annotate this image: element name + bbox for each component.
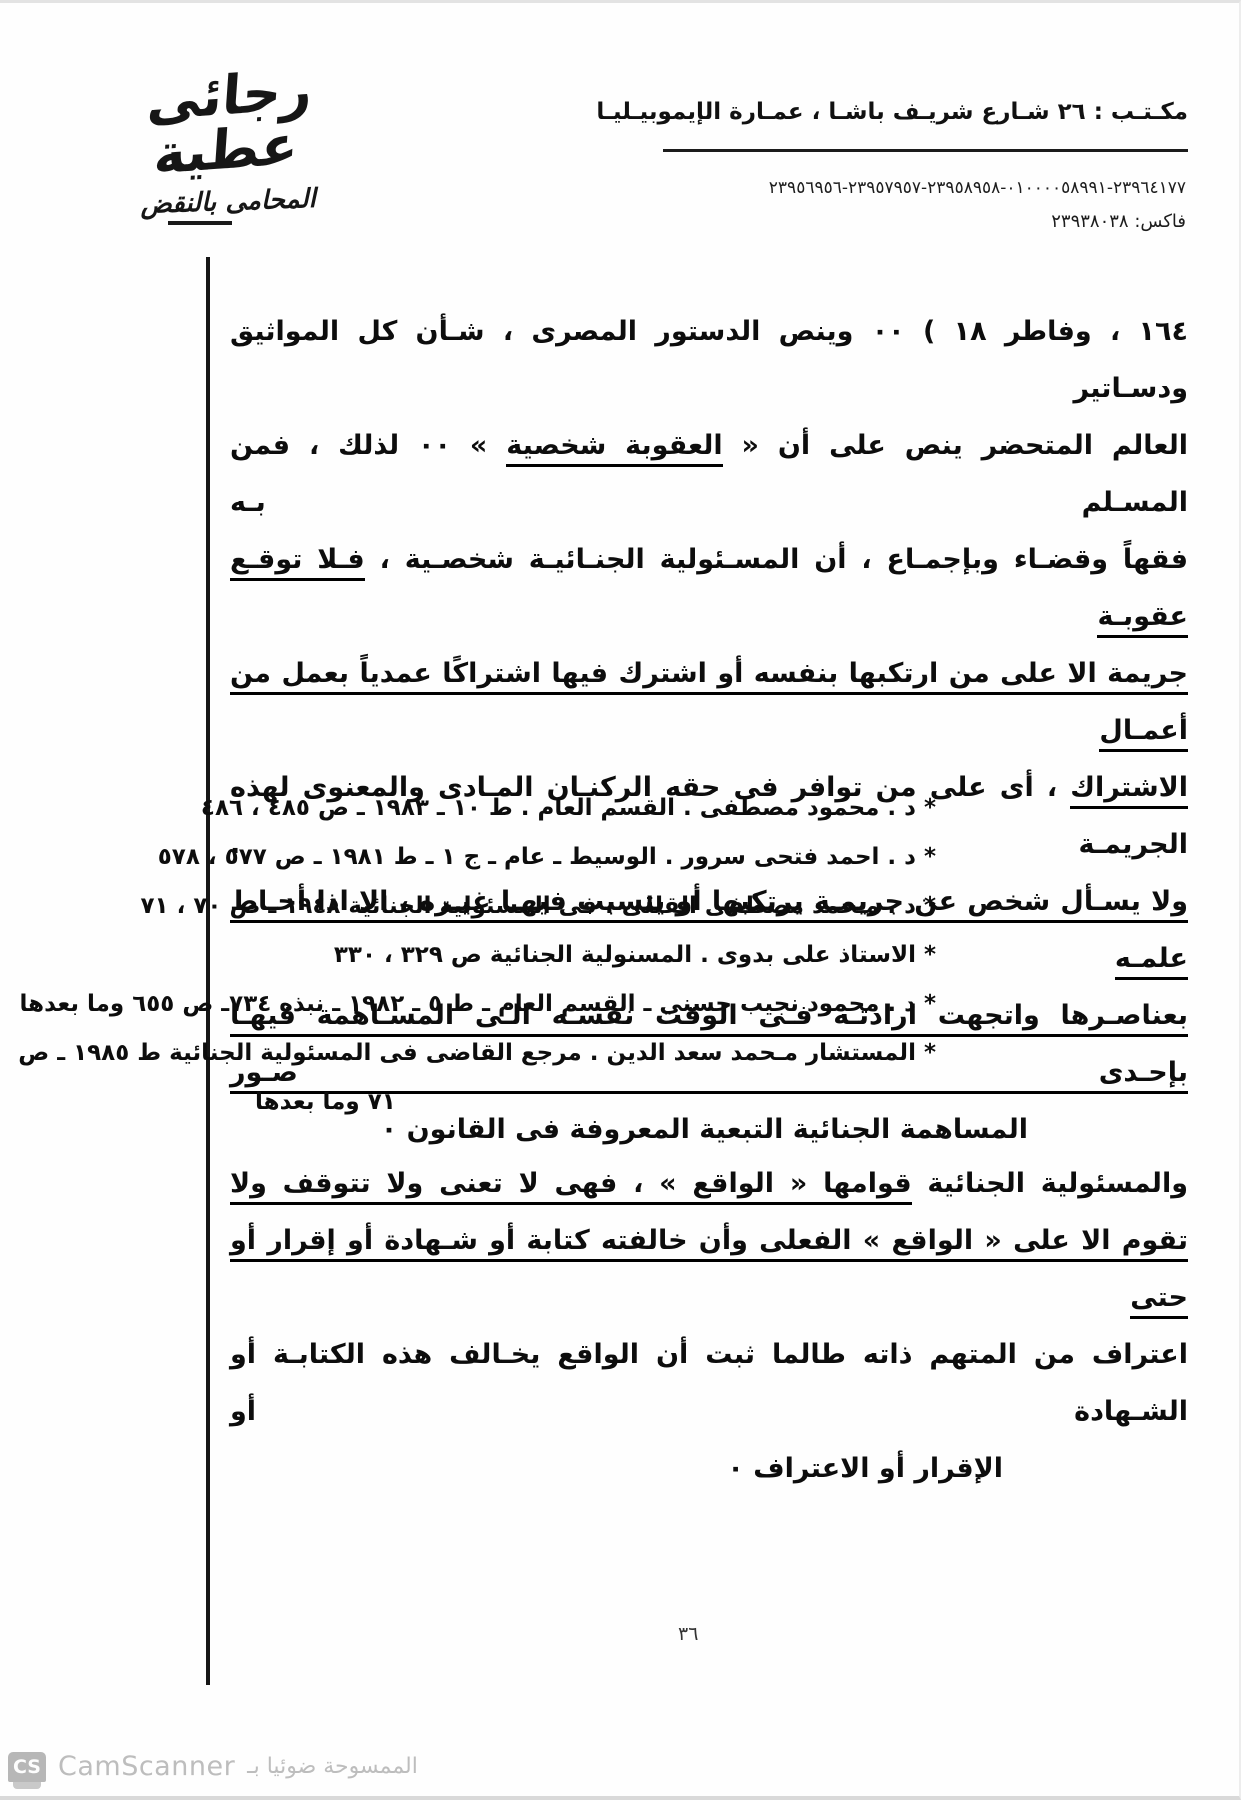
text-segment: * د . مـحمد مصطفى القللى . فى المسئولية …	[141, 893, 936, 919]
text-line: فقهاً وقضـاء وبإجمـاع ، أن المسـئولية ال…	[230, 531, 1188, 645]
text-line: * د . محمود مصطفى . القسم العام . ط ١٠ ـ…	[230, 784, 936, 833]
text-line: تقوم الا على « الواقع » الفعلى وأن خالفت…	[230, 1212, 1188, 1326]
text-line: * د . مـحمد مصطفى القللى . فى المسئولية …	[230, 882, 936, 931]
text-line: * الاستاذ على بدوى . المسنولية الجنائية …	[230, 931, 936, 980]
logo-underline-dash	[168, 221, 232, 225]
text-line: اعتراف من المتهم ذاته طالما ثبت أن الواق…	[230, 1326, 1188, 1440]
text-segment: * المستشار مـحمد سعد الدين . مرجع القاضى…	[18, 1040, 936, 1066]
camscanner-caption: الممسوحة ضوئيا بـ	[247, 1754, 418, 1779]
text-segment: * د . احمد فتحى سرور . الوسيط ـ عام ـ ج …	[158, 844, 936, 870]
underlined-text-segment: العقوبة شخصية	[506, 430, 722, 467]
underlined-text-segment: قوامها « الواقع » ، فهى لا تعنى ولا تتوق…	[230, 1168, 912, 1205]
camscanner-brand: CamScanner	[58, 1751, 235, 1782]
body-paragraph-2: والمسئولية الجنائية قوامها « الواقع » ، …	[230, 1155, 1188, 1497]
page-number: ٣٦	[678, 1623, 698, 1645]
text-segment: الإقرار أو الاعتراف ٠	[727, 1453, 1003, 1484]
logo-subtitle: المحامى بالنقض	[78, 182, 379, 222]
fax-number: فاكس: ٢٣٩٣٨٠٣٨	[1051, 211, 1186, 232]
text-segment: والمسئولية الجنائية	[912, 1168, 1188, 1199]
phone-numbers: ٢٣٩٦٤١٧٧-٠١٠٠٠٠٥٨٩٩١-٢٣٩٥٨٩٥٨-٢٣٩٥٧٩٥٧-٢…	[769, 178, 1186, 198]
text-line: * د . محمود نجيب حسنى ـ القسم العام ـ ط …	[230, 980, 936, 1029]
references-list: * د . محمود مصطفى . القسم العام . ط ١٠ ـ…	[230, 784, 1188, 1127]
text-line: العالم المتحضر ينص على أن « العقوبة شخصي…	[230, 417, 1188, 531]
text-segment: اعتراف من المتهم ذاته طالما ثبت أن الواق…	[230, 1339, 1188, 1427]
text-segment: * الاستاذ على بدوى . المسنولية الجنائية …	[334, 942, 936, 968]
office-address: مكـتـب : ٢٦ شـارع شريـف باشـا ، عمـارة ا…	[663, 99, 1188, 125]
scanned-document-page: رجائى عطية المحامى بالنقض مكـتـب : ٢٦ شـ…	[0, 0, 1241, 1800]
text-line: ٧١ وما بعدها	[230, 1078, 936, 1127]
text-line: جريمة الا على من ارتكبها بنفسه أو اشترك …	[230, 645, 1188, 759]
logo-calligraphy-name: رجائى عطية	[75, 58, 382, 188]
underlined-text-segment: تقوم الا على « الواقع » الفعلى وأن خالفت…	[230, 1225, 1188, 1319]
camscanner-icon: CS	[8, 1752, 46, 1782]
text-segment: العالم المتحضر ينص على أن «	[723, 430, 1188, 461]
text-line: * المستشار مـحمد سعد الدين . مرجع القاضى…	[230, 1029, 936, 1078]
text-segment: * د . محمود مصطفى . القسم العام . ط ١٠ ـ…	[201, 795, 936, 821]
text-segment: ١٦٤ ، وفاطر ١٨ ) ٠٠ وينص الدستور المصرى …	[230, 316, 1188, 404]
camscanner-footer: CS CamScanner الممسوحة ضوئيا بـ	[8, 1751, 418, 1782]
text-segment: ٧١ وما بعدها	[255, 1089, 396, 1115]
text-line: الإقرار أو الاعتراف ٠	[230, 1440, 1188, 1497]
header-rule	[663, 149, 1188, 152]
text-line: ١٦٤ ، وفاطر ١٨ ) ٠٠ وينص الدستور المصرى …	[230, 303, 1188, 417]
text-segment: فقهاً وقضـاء وبإجمـاع ، أن المسـئولية ال…	[365, 544, 1188, 575]
underlined-text-segment: جريمة الا على من ارتكبها بنفسه أو اشترك …	[230, 658, 1188, 752]
vertical-margin-rule	[206, 257, 210, 1685]
text-segment: * د . محمود نجيب حسنى ـ القسم العام ـ ط …	[20, 991, 936, 1017]
letterhead-logo: رجائى عطية المحامى بالنقض	[78, 69, 378, 225]
text-line: والمسئولية الجنائية قوامها « الواقع » ، …	[230, 1155, 1188, 1212]
text-line: * د . احمد فتحى سرور . الوسيط ـ عام ـ ج …	[230, 833, 936, 882]
